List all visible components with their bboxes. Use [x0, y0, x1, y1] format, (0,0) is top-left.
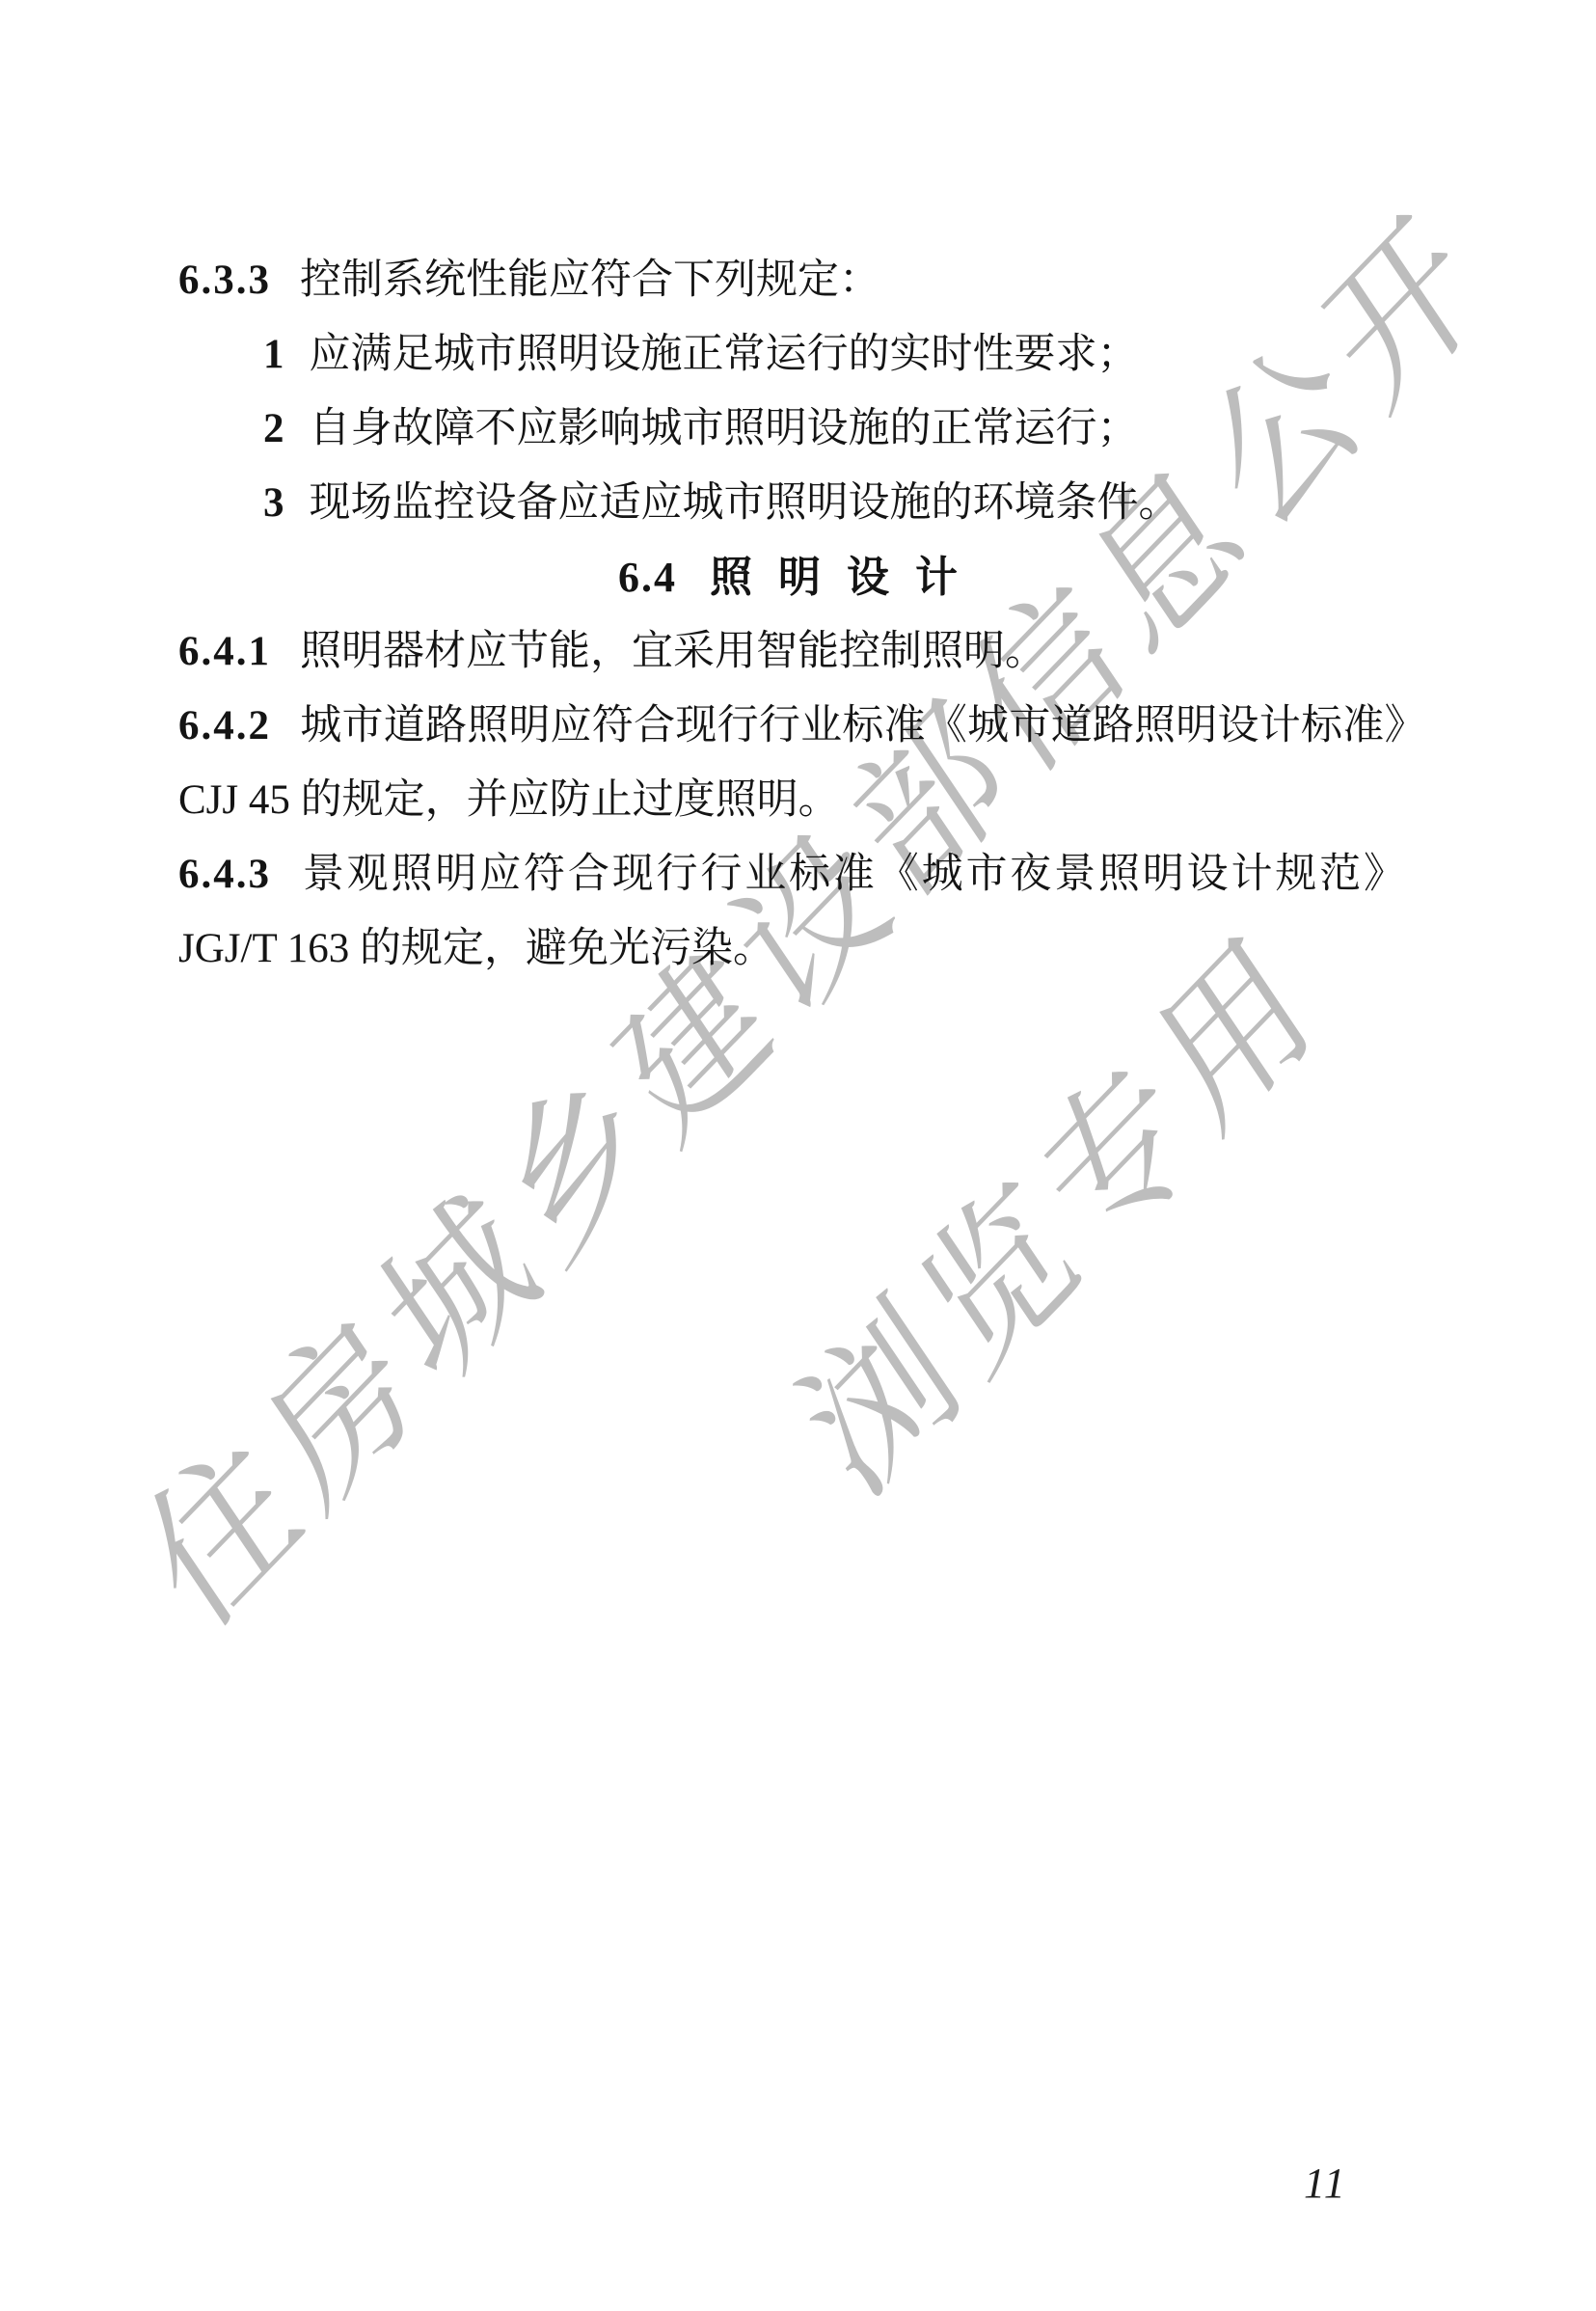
list-item-3-number: 3 [263, 480, 284, 526]
page-content: 6.3.3控制系统性能应符合下列规定： 1应满足城市照明设施正常运行的实时性要求… [178, 243, 1405, 986]
clause-6-4-3: 6.4.3景观照明应符合现行行业标准《城市夜景照明设计规范》JGJ/T 163 … [178, 837, 1405, 986]
list-item-1: 1应满足城市照明设施正常运行的实时性要求； [178, 317, 1405, 392]
section-heading-6-4: 6.4照 明 设 计 [178, 540, 1405, 614]
list-item-2: 2自身故障不应影响城市照明设施的正常运行； [178, 392, 1405, 466]
list-item-3-text: 现场监控设备应适应城市照明设施的环境条件。 [310, 480, 1180, 526]
clause-6-4-3-text: 景观照明应符合现行行业标准《城市夜景照明设计规范》JGJ/T 163 的规定，避… [178, 852, 1405, 971]
clause-6-4-2-text: 城市道路照明应符合现行行业标准《城市道路照明设计标准》CJJ 45 的规定，并应… [178, 703, 1405, 823]
section-heading-number: 6.4 [618, 554, 677, 601]
clause-6-4-1: 6.4.1照明器材应节能，宜采用智能控制照明。 [178, 614, 1405, 689]
list-item-3: 3现场监控设备应适应城市照明设施的环境条件。 [178, 466, 1405, 540]
clause-6-4-1-text: 照明器材应节能，宜采用智能控制照明。 [300, 629, 1046, 674]
clause-6-4-1-number: 6.4.1 [178, 629, 271, 674]
clause-6-4-2: 6.4.2城市道路照明应符合现行行业标准《城市道路照明设计标准》CJJ 45 的… [178, 689, 1405, 837]
clause-6-3-3-number: 6.3.3 [178, 258, 271, 303]
clause-6-4-3-number: 6.4.3 [178, 852, 271, 897]
section-heading-title: 照 明 设 计 [710, 554, 965, 601]
list-item-1-text: 应满足城市照明设施正常运行的实时性要求； [310, 332, 1139, 377]
list-item-2-text: 自身故障不应影响城市照明设施的正常运行； [310, 406, 1139, 451]
clause-6-4-2-number: 6.4.2 [178, 703, 271, 748]
list-item-2-number: 2 [263, 406, 284, 451]
clause-6-3-3-text: 控制系统性能应符合下列规定： [300, 258, 880, 303]
page-number: 11 [1304, 2159, 1347, 2208]
list-item-1-number: 1 [263, 332, 284, 377]
document-page: 住房城乡建设部信息公开 浏览专用 6.3.3控制系统性能应符合下列规定： 1应满… [0, 0, 1596, 2311]
clause-6-3-3: 6.3.3控制系统性能应符合下列规定： [178, 243, 1405, 317]
